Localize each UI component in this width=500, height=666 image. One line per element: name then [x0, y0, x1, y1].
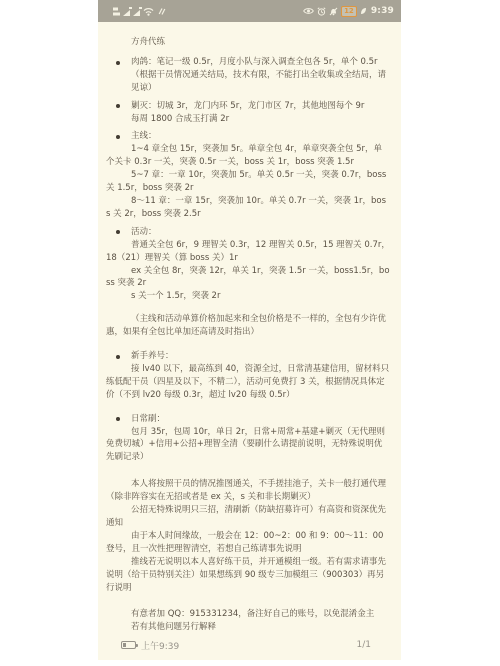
- do-not-disturb-icon: [329, 7, 338, 16]
- bullet-icon: [116, 355, 120, 359]
- doc-text: 日常刷：: [131, 414, 165, 424]
- doc-paragraph: ex 关全包 8r，突袭 12r，单关 1r，突袭 1.5r 一关，boss1.…: [106, 265, 390, 291]
- alarm-icon: [317, 7, 326, 16]
- bullet-icon: [116, 61, 120, 65]
- doc-paragraph: 普通关全包 6r，9 理智关 0.3r，12 理智关 0.5r，15 理智关 0…: [106, 239, 390, 265]
- status-bar-left: [113, 7, 166, 16]
- doc-paragraph: s 关一个 1.5r，突袭 2r: [106, 290, 390, 303]
- signal-icon: [133, 7, 140, 16]
- bullet-item-events: 活动：: [131, 226, 390, 239]
- dual-sim-indicator-icon: [113, 7, 120, 16]
- bullet-icon: [116, 104, 120, 108]
- doc-line: 若有其他问题另行解释: [131, 621, 390, 634]
- signal-icon: [123, 7, 130, 16]
- doc-paragraph: 本人将按照干员的情况推图通关，不手搓挂池子，关卡一般打通代理（除非阵容实在无招或…: [106, 478, 390, 504]
- battery-icon: 12: [341, 6, 357, 17]
- bullet-item-mainline: 主线：: [131, 130, 390, 143]
- battery-outline-icon: [121, 641, 136, 649]
- doc-paragraph: 5~7 章：一章 10r，突袭加 5r。单关 0.5r 一关，突袭 0.7r，b…: [106, 169, 390, 195]
- screenshot-page: 12 9:39 方舟代练 肉鸽：笔记一级 0.5r，月度小队与深入调查全包各 5…: [0, 0, 500, 666]
- viewer-footer: 上午9:39 1/1: [98, 638, 401, 652]
- doc-text: 剿灭：切城 3r，龙门内环 5r，龙门市区 7r，其他地图每个 9r: [131, 101, 364, 111]
- status-bar: 12 9:39: [98, 0, 401, 22]
- bullet-item-annihilation: 剿灭：切城 3r，龙门内环 5r，龙门市区 7r，其他地图每个 9r: [131, 100, 390, 113]
- doc-line: 每周 1800 合成玉打满 2r: [131, 113, 390, 126]
- doc-title: 方舟代练: [131, 36, 390, 49]
- status-bar-clock: 9:39: [371, 6, 394, 16]
- power-save-icon: [360, 7, 367, 15]
- doc-paragraph: 1~4 章全包 15r，突袭加 5r。单章全包 4r，单章突袭全包 5r，单个关…: [106, 143, 390, 169]
- bullet-icon: [116, 417, 120, 421]
- bullet-icon: [116, 135, 120, 139]
- phone-screenshot: 12 9:39 方舟代练 肉鸽：笔记一级 0.5r，月度小队与深入调查全包各 5…: [98, 0, 401, 660]
- doc-text: 主线：: [131, 131, 157, 141]
- bullet-icon: [116, 230, 120, 234]
- bullet-item-newbie-account: 新手养号：: [131, 350, 390, 363]
- doc-text: 肉鸽：笔记一级 0.5r，月度小队与深入调查全包各 5r，单个 0.5r: [131, 57, 378, 67]
- contact-line: 有意者加 QQ：915331234，备注好自己的账号，以免混淆金主: [131, 608, 390, 621]
- eye-comfort-icon: [303, 7, 314, 15]
- bullet-item-roguelike: 肉鸽：笔记一级 0.5r，月度小队与深入调查全包各 5r，单个 0.5r: [131, 56, 390, 69]
- doc-paragraph: 接 lv40 以下，最高练到 40，资源全过，日常清基建信用，留材料只练低配干员…: [106, 363, 390, 402]
- status-bar-right: 12 9:39: [303, 6, 394, 17]
- doc-paragraph: 8～11 章：一章 15r，突袭加 10r。单关 0.7r 一关，突袭 1r，b…: [106, 195, 390, 221]
- footer-left: 上午9:39: [121, 639, 179, 652]
- doc-paragraph: 由于本人时间缘故，一般会在 12：00~2：00 和 9：00～11：00 登号…: [106, 530, 390, 556]
- page-indicator: 1/1: [357, 640, 371, 650]
- doc-text: 新手养号：: [131, 351, 174, 361]
- wifi-icon: [143, 7, 154, 16]
- document-scroll-area[interactable]: 方舟代练 肉鸽：笔记一级 0.5r，月度小队与深入调查全包各 5r，单个 0.5…: [98, 22, 401, 660]
- doc-paragraph: 包月 35r，包周 10r，单日 2r，日常+周常+基建+剿灭（无代理则免费切城…: [106, 426, 390, 465]
- bullet-item-daily: 日常刷：: [131, 413, 390, 426]
- doc-paragraph: 推线若无说明以本人喜好练干员，并开通模组一级。若有需求请事先说明（给干员特别关注…: [106, 556, 390, 595]
- doc-note: （主线和活动单算价格加起来和全包价格是不一样的，全包有少许优惠，如果有全包比单加…: [106, 313, 390, 339]
- volte-icon: [157, 7, 166, 16]
- footer-timestamp: 上午9:39: [141, 639, 179, 652]
- doc-text: 活动：: [131, 227, 157, 237]
- doc-paragraph: 公招无特殊说明只三招，清刷新（防缺招募许可）有高资和资深优先通知: [106, 504, 390, 530]
- doc-line: （根据干员情况通关结局，技术有限，不能打出全收集或全结局，请见谅）: [131, 69, 390, 95]
